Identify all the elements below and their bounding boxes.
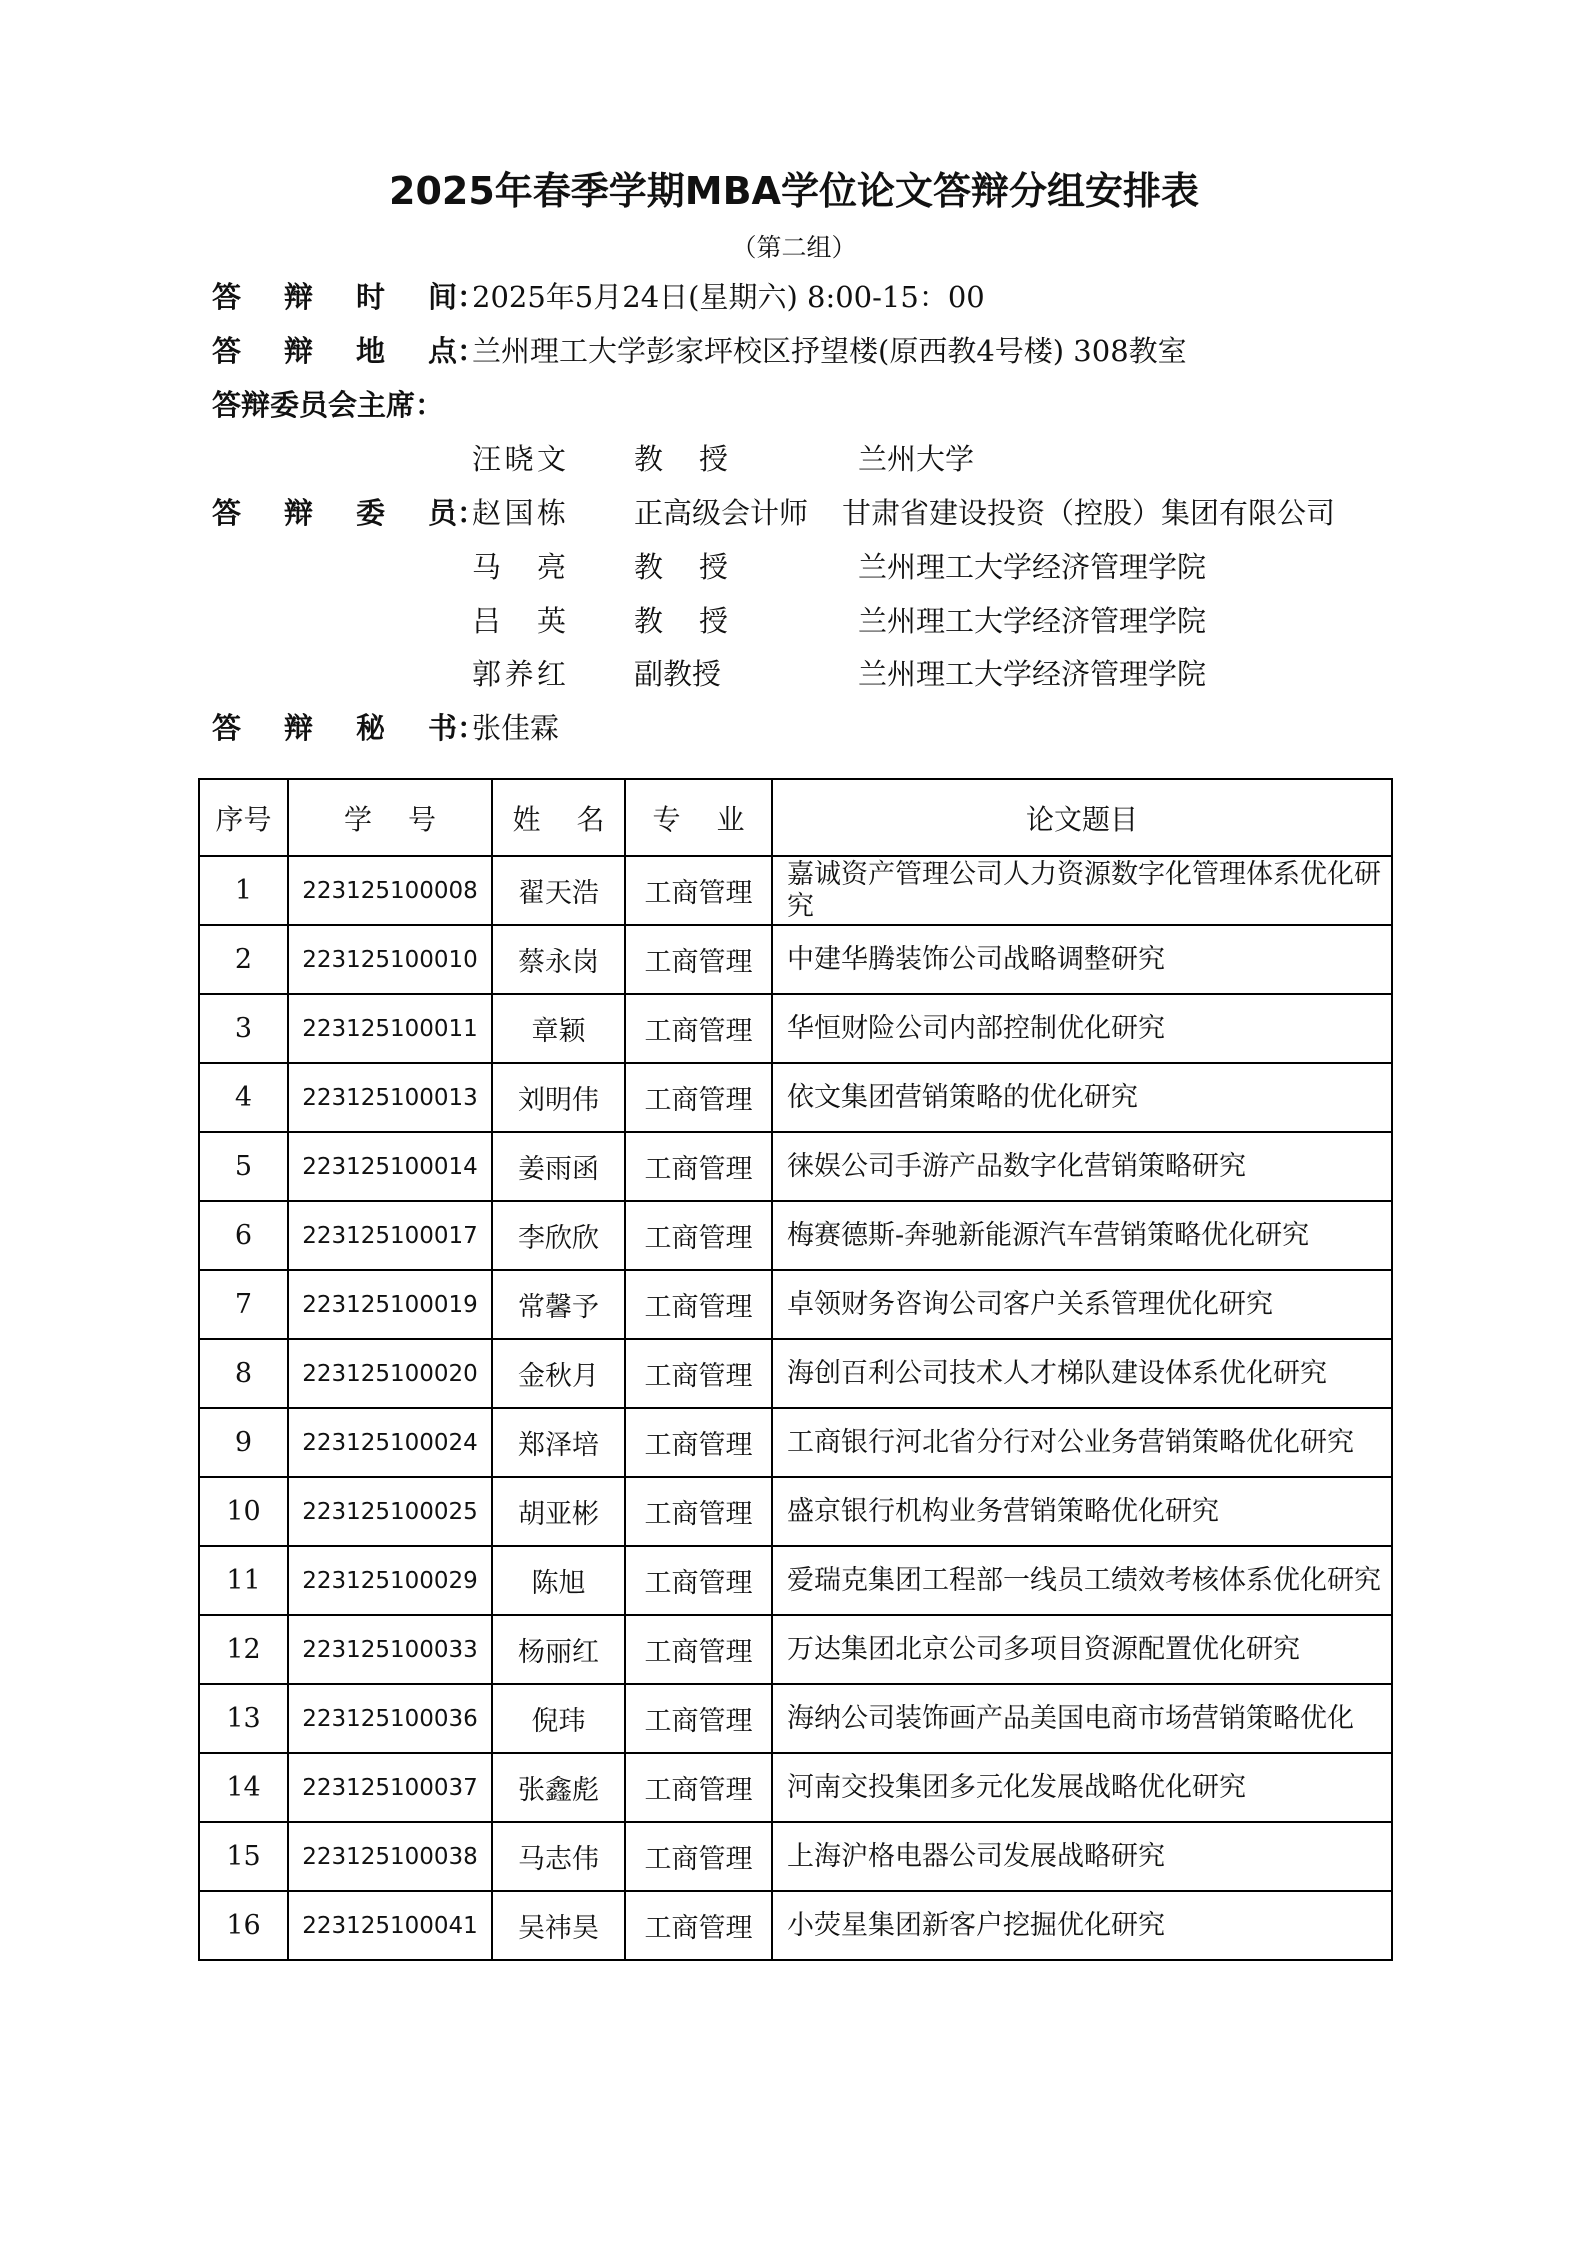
member-org: 兰州理工大学经济管理学院 bbox=[858, 547, 1206, 587]
row-no-cell: 7 bbox=[199, 1270, 288, 1339]
major-cell: 工商管理 bbox=[625, 1408, 772, 1477]
major-cell: 工商管理 bbox=[625, 1201, 772, 1270]
label-char: 员 bbox=[428, 493, 457, 533]
student-name-cell: 马志伟 bbox=[492, 1822, 625, 1891]
defense-time-line: 答 辩 时 间 ：2025年5月24日(星期六) 8:00-15：00 bbox=[212, 277, 985, 317]
header-student-id: 学 号 bbox=[288, 779, 492, 856]
major-cell: 工商管理 bbox=[625, 1339, 772, 1408]
member-name: 赵 国 栋 bbox=[472, 493, 566, 533]
student-name-cell: 郑泽培 bbox=[492, 1408, 625, 1477]
table-row: 2223125100010蔡永岗工商管理中建华腾装饰公司战略调整研究 bbox=[199, 925, 1392, 994]
student-id-cell: 223125100019 bbox=[288, 1270, 492, 1339]
defense-time-value: 2025年5月24日(星期六) 8:00-15：00 bbox=[472, 280, 985, 314]
student-id-cell: 223125100011 bbox=[288, 994, 492, 1063]
row-no-cell: 9 bbox=[199, 1408, 288, 1477]
title-char: 教 bbox=[634, 547, 663, 587]
committee-chair-label: 答辩委员会主席： bbox=[212, 385, 444, 425]
table-row: 10223125100025胡亚彬工商管理盛京银行机构业务营销策略优化研究 bbox=[199, 1477, 1392, 1546]
thesis-topic-cell: 盛京银行机构业务营销策略优化研究 bbox=[772, 1477, 1392, 1546]
member-title: 副教授 bbox=[634, 654, 721, 694]
major-cell: 工商管理 bbox=[625, 856, 772, 925]
student-id-cell: 223125100025 bbox=[288, 1477, 492, 1546]
student-id-cell: 223125100020 bbox=[288, 1339, 492, 1408]
name-char: 养 bbox=[504, 654, 533, 694]
major-cell: 工商管理 bbox=[625, 1891, 772, 1960]
name-char: 马 bbox=[472, 547, 501, 587]
major-cell: 工商管理 bbox=[625, 1477, 772, 1546]
name-char: 赵 bbox=[472, 493, 501, 533]
label-char: 点 bbox=[428, 331, 457, 371]
name-char: 晓 bbox=[504, 439, 533, 479]
name-char: 亮 bbox=[537, 547, 566, 587]
row-no-cell: 10 bbox=[199, 1477, 288, 1546]
defense-location-label: 答 辩 地 点 ： bbox=[212, 331, 472, 371]
header-name: 姓 名 bbox=[492, 779, 625, 856]
table-row: 12223125100033杨丽红工商管理万达集团北京公司多项目资源配置优化研究 bbox=[199, 1615, 1392, 1684]
defense-location-line: 答 辩 地 点 ：兰州理工大学彭家坪校区抒望楼(原西教4号楼) 308教室 bbox=[212, 331, 1187, 371]
label-char: 书 bbox=[428, 708, 457, 748]
table-row: 7223125100019常馨予工商管理卓领财务咨询公司客户关系管理优化研究 bbox=[199, 1270, 1392, 1339]
student-id-cell: 223125100036 bbox=[288, 1684, 492, 1753]
row-no-cell: 16 bbox=[199, 1891, 288, 1960]
thesis-topic-cell: 卓领财务咨询公司客户关系管理优化研究 bbox=[772, 1270, 1392, 1339]
member-org: 甘肃省建设投资（控股）集团有限公司 bbox=[842, 493, 1335, 533]
row-no-cell: 15 bbox=[199, 1822, 288, 1891]
student-name-cell: 张鑫彪 bbox=[492, 1753, 625, 1822]
name-char: 英 bbox=[537, 601, 566, 641]
name-char: 郭 bbox=[472, 654, 501, 694]
student-id-cell: 223125100017 bbox=[288, 1201, 492, 1270]
thesis-topic-cell: 爱瑞克集团工程部一线员工绩效考核体系优化研究 bbox=[772, 1546, 1392, 1615]
thesis-topic-cell: 海创百利公司技术人才梯队建设体系优化研究 bbox=[772, 1339, 1392, 1408]
header-char: 专 bbox=[653, 798, 681, 838]
student-name-cell: 姜雨函 bbox=[492, 1132, 625, 1201]
label-char: 答 bbox=[212, 277, 241, 317]
name-char: 栋 bbox=[537, 493, 566, 533]
student-id-cell: 223125100008 bbox=[288, 856, 492, 925]
chair-name: 汪 晓 文 bbox=[472, 439, 566, 479]
major-cell: 工商管理 bbox=[625, 1546, 772, 1615]
label-char: 时 bbox=[356, 277, 385, 317]
table-row: 14223125100037张鑫彪工商管理河南交投集团多元化发展战略优化研究 bbox=[199, 1753, 1392, 1822]
name-char: 国 bbox=[504, 493, 533, 533]
name-char: 吕 bbox=[472, 601, 501, 641]
thesis-topic-cell: 万达集团北京公司多项目资源配置优化研究 bbox=[772, 1615, 1392, 1684]
major-cell: 工商管理 bbox=[625, 1063, 772, 1132]
student-name-cell: 胡亚彬 bbox=[492, 1477, 625, 1546]
thesis-topic-cell: 河南交投集团多元化发展战略优化研究 bbox=[772, 1753, 1392, 1822]
row-no-cell: 12 bbox=[199, 1615, 288, 1684]
thesis-topic-cell: 小荧星集团新客户挖掘优化研究 bbox=[772, 1891, 1392, 1960]
major-cell: 工商管理 bbox=[625, 925, 772, 994]
student-id-cell: 223125100033 bbox=[288, 1615, 492, 1684]
table-row: 8223125100020金秋月工商管理海创百利公司技术人才梯队建设体系优化研究 bbox=[199, 1339, 1392, 1408]
student-id-cell: 223125100010 bbox=[288, 925, 492, 994]
student-id-cell: 223125100013 bbox=[288, 1063, 492, 1132]
row-no-cell: 13 bbox=[199, 1684, 288, 1753]
student-id-cell: 223125100029 bbox=[288, 1546, 492, 1615]
defense-time-label: 答 辩 时 间 ： bbox=[212, 277, 472, 317]
member-name: 马 亮 bbox=[472, 547, 566, 587]
thesis-topic-cell: 梅赛德斯-奔驰新能源汽车营销策略优化研究 bbox=[772, 1201, 1392, 1270]
label-char: 间 bbox=[428, 277, 457, 317]
header-char: 名 bbox=[576, 798, 604, 838]
table-row: 3223125100011章颖工商管理华恒财险公司内部控制优化研究 bbox=[199, 994, 1392, 1063]
table-header-row: 序号 学 号 姓 名 专 业 论文题目 bbox=[199, 779, 1392, 856]
header-char: 号 bbox=[408, 798, 436, 838]
table-row: 13223125100036倪玮工商管理海纳公司装饰画产品美国电商市场营销策略优… bbox=[199, 1684, 1392, 1753]
member-org: 兰州理工大学经济管理学院 bbox=[858, 654, 1206, 694]
major-cell: 工商管理 bbox=[625, 1132, 772, 1201]
member-org: 兰州理工大学经济管理学院 bbox=[858, 601, 1206, 641]
thesis-topic-cell: 工商银行河北省分行对公业务营销策略优化研究 bbox=[772, 1408, 1392, 1477]
student-name-cell: 常馨予 bbox=[492, 1270, 625, 1339]
title-char: 授 bbox=[699, 439, 728, 479]
chair-org: 兰州大学 bbox=[858, 439, 974, 479]
row-no-cell: 2 bbox=[199, 925, 288, 994]
secretary-label: 答 辩 秘 书 ： bbox=[212, 708, 472, 748]
title-char: 教 bbox=[634, 601, 663, 641]
label-char: 辩 bbox=[284, 331, 313, 371]
label-char: 辩 bbox=[284, 493, 313, 533]
student-name-cell: 刘明伟 bbox=[492, 1063, 625, 1132]
chair-title: 教 授 bbox=[634, 439, 728, 479]
thesis-topic-cell: 徕娱公司手游产品数字化营销策略研究 bbox=[772, 1132, 1392, 1201]
thesis-topic-cell: 中建华腾装饰公司战略调整研究 bbox=[772, 925, 1392, 994]
student-name-cell: 倪玮 bbox=[492, 1684, 625, 1753]
major-cell: 工商管理 bbox=[625, 1684, 772, 1753]
row-no-cell: 3 bbox=[199, 994, 288, 1063]
student-name-cell: 李欣欣 bbox=[492, 1201, 625, 1270]
student-name-cell: 金秋月 bbox=[492, 1339, 625, 1408]
label-char: 地 bbox=[356, 331, 385, 371]
name-char: 汪 bbox=[472, 439, 501, 479]
header-no: 序号 bbox=[199, 779, 288, 856]
row-no-cell: 8 bbox=[199, 1339, 288, 1408]
member-name: 郭 养 红 bbox=[472, 654, 566, 694]
name-char: 红 bbox=[537, 654, 566, 694]
student-name-cell: 翟天浩 bbox=[492, 856, 625, 925]
thesis-topic-cell: 嘉诚资产管理公司人力资源数字化管理体系优化研究 bbox=[772, 856, 1392, 925]
thesis-topic-cell: 依文集团营销策略的优化研究 bbox=[772, 1063, 1392, 1132]
label-char: 辩 bbox=[284, 277, 313, 317]
table-row: 15223125100038马志伟工商管理上海沪格电器公司发展战略研究 bbox=[199, 1822, 1392, 1891]
member-title: 教 授 bbox=[634, 547, 728, 587]
header-topic: 论文题目 bbox=[772, 779, 1392, 856]
name-char: 文 bbox=[537, 439, 566, 479]
thesis-topic-cell: 华恒财险公司内部控制优化研究 bbox=[772, 994, 1392, 1063]
student-name-cell: 杨丽红 bbox=[492, 1615, 625, 1684]
major-cell: 工商管理 bbox=[625, 994, 772, 1063]
header-char: 学 bbox=[344, 798, 372, 838]
major-cell: 工商管理 bbox=[625, 1615, 772, 1684]
table-row: 11223125100029陈旭工商管理爱瑞克集团工程部一线员工绩效考核体系优化… bbox=[199, 1546, 1392, 1615]
committee-members-label: 答 辩 委 员 ： bbox=[212, 493, 472, 533]
header-char: 姓 bbox=[513, 798, 541, 838]
label-char: 秘 bbox=[356, 708, 385, 748]
table-row: 4223125100013刘明伟工商管理依文集团营销策略的优化研究 bbox=[199, 1063, 1392, 1132]
header-char: 业 bbox=[716, 798, 744, 838]
page-subtitle: （第二组） bbox=[0, 228, 1588, 264]
title-char: 授 bbox=[699, 547, 728, 587]
label-char: 辩 bbox=[284, 708, 313, 748]
defense-schedule-table: 序号 学 号 姓 名 专 业 论文题目 1223125100008翟天浩工商管理… bbox=[198, 778, 1393, 1961]
student-id-cell: 223125100024 bbox=[288, 1408, 492, 1477]
table-row: 6223125100017李欣欣工商管理梅赛德斯-奔驰新能源汽车营销策略优化研究 bbox=[199, 1201, 1392, 1270]
member-title: 正高级会计师 bbox=[634, 493, 808, 533]
row-no-cell: 5 bbox=[199, 1132, 288, 1201]
row-no-cell: 11 bbox=[199, 1546, 288, 1615]
label-char: 答 bbox=[212, 493, 241, 533]
member-name: 吕 英 bbox=[472, 601, 566, 641]
student-name-cell: 蔡永岗 bbox=[492, 925, 625, 994]
defense-location-value: 兰州理工大学彭家坪校区抒望楼(原西教4号楼) 308教室 bbox=[472, 334, 1187, 368]
major-cell: 工商管理 bbox=[625, 1270, 772, 1339]
header-major: 专 业 bbox=[625, 779, 772, 856]
thesis-topic-cell: 上海沪格电器公司发展战略研究 bbox=[772, 1822, 1392, 1891]
secretary-value: 张佳霖 bbox=[472, 711, 559, 745]
page-title: 2025年春季学期MBA学位论文答辩分组安排表 bbox=[0, 160, 1588, 215]
title-char: 授 bbox=[699, 601, 728, 641]
title-char: 教 bbox=[634, 439, 663, 479]
secretary-line: 答 辩 秘 书 ：张佳霖 bbox=[212, 708, 559, 748]
committee-chair-line: 答辩委员会主席： bbox=[212, 385, 444, 425]
major-cell: 工商管理 bbox=[625, 1822, 772, 1891]
label-char: 答 bbox=[212, 708, 241, 748]
label-char: 委 bbox=[356, 493, 385, 533]
student-name-cell: 吴祎昊 bbox=[492, 1891, 625, 1960]
row-no-cell: 4 bbox=[199, 1063, 288, 1132]
student-id-cell: 223125100037 bbox=[288, 1753, 492, 1822]
table-row: 9223125100024郑泽培工商管理工商银行河北省分行对公业务营销策略优化研… bbox=[199, 1408, 1392, 1477]
major-cell: 工商管理 bbox=[625, 1753, 772, 1822]
student-id-cell: 223125100014 bbox=[288, 1132, 492, 1201]
student-id-cell: 223125100038 bbox=[288, 1822, 492, 1891]
row-no-cell: 14 bbox=[199, 1753, 288, 1822]
member-title: 教 授 bbox=[634, 601, 728, 641]
thesis-topic-cell: 海纳公司装饰画产品美国电商市场营销策略优化 bbox=[772, 1684, 1392, 1753]
row-no-cell: 6 bbox=[199, 1201, 288, 1270]
label-char: 答 bbox=[212, 331, 241, 371]
table-row: 16223125100041吴祎昊工商管理小荧星集团新客户挖掘优化研究 bbox=[199, 1891, 1392, 1960]
student-name-cell: 陈旭 bbox=[492, 1546, 625, 1615]
row-no-cell: 1 bbox=[199, 856, 288, 925]
student-name-cell: 章颖 bbox=[492, 994, 625, 1063]
table-row: 5223125100014姜雨函工商管理徕娱公司手游产品数字化营销策略研究 bbox=[199, 1132, 1392, 1201]
student-id-cell: 223125100041 bbox=[288, 1891, 492, 1960]
table-row: 1223125100008翟天浩工商管理嘉诚资产管理公司人力资源数字化管理体系优… bbox=[199, 856, 1392, 925]
